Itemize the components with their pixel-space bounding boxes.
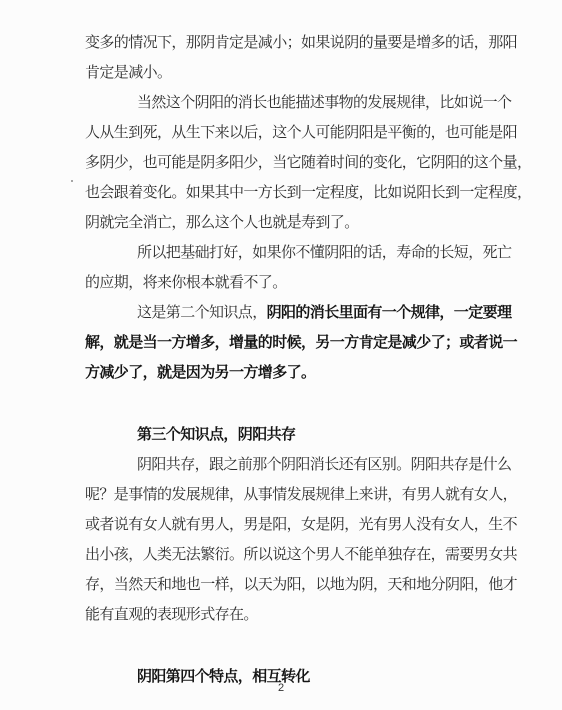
text-segment: 的应期，将来你根本就看不了。: [85, 274, 287, 291]
text-segment: 人从生到死，从生下来以后，这个人可能阴阳是平衡的，也可能是阳: [85, 124, 517, 141]
scan-speck: [71, 180, 73, 182]
text-line: 当然这个阴阳的消长也能描述事物的发展规律，比如说一个: [85, 88, 525, 118]
text-line: 多阴少，也可能是阴多阳少，当它随着时间的变化，它阴阳的这个量，: [85, 148, 525, 178]
bold-text-segment: 方减少了，就是因为另一方增多了。: [85, 364, 315, 381]
document-text: 变多的情况下，那阴肯定是减小；如果说阴的量要是增多的话，那阳肯定是减小。当然这个…: [85, 28, 525, 692]
text-line: 呢？是事情的发展规律，从事情发展规律上来讲，有男人就有女人，: [85, 480, 525, 510]
text-line: 肯定是减小。: [85, 58, 525, 88]
page-number: 2: [0, 682, 562, 694]
text-segment: 阴阳共存，跟之前那个阴阳消长还有区别。阴阳共存是什么: [137, 456, 511, 473]
text-line: 也会跟着变化。如果其中一方长到一定程度，比如说阳长到一定程度，: [85, 178, 525, 208]
text-segment: 呢？是事情的发展规律，从事情发展规律上来讲，有男人就有女人，: [85, 486, 517, 503]
scan-speck: [297, 213, 299, 215]
bold-text-segment: 阴阳的消长里面有一个规律，一定要理: [267, 304, 512, 321]
text-segment: 变多的情况下，那阴肯定是减小；如果说阴的量要是增多的话，那阳: [85, 34, 517, 51]
text-line: 的应期，将来你根本就看不了。: [85, 268, 525, 298]
text-segment: 出小孩，人类无法繁衍。所以说这个男人不能单独存在，需要男女共: [85, 546, 517, 563]
text-segment: 所以把基础打好，如果你不懂阴阳的话，寿命的长短，死亡: [137, 244, 511, 261]
section-heading: 第三个知识点，阴阳共存: [85, 420, 525, 450]
text-segment: 这是第二个知识点，: [137, 304, 267, 321]
text-line: 阴阳共存，跟之前那个阴阳消长还有区别。阴阳共存是什么: [85, 450, 525, 480]
text-segment: 阴就完全消亡，那么这个人也就是寿到了。: [85, 214, 359, 231]
text-segment: 肯定是减小。: [85, 64, 171, 81]
text-line: 能有直观的表现形式存在。: [85, 600, 525, 630]
text-segment: 当然这个阴阳的消长也能描述事物的发展规律，比如说一个: [137, 94, 511, 111]
text-line: 人从生到死，从生下来以后，这个人可能阴阳是平衡的，也可能是阳: [85, 118, 525, 148]
text-segment: 或者说有女人就有男人，男是阳，女是阴，光有男人没有女人，生不: [85, 516, 517, 533]
document-page: 变多的情况下，那阴肯定是减小；如果说阴的量要是增多的话，那阳肯定是减小。当然这个…: [0, 0, 562, 710]
text-line: 解，就是当一方增多，增量的时候，另一方肯定是减少了；或者说一: [85, 328, 525, 358]
bold-text-segment: 解，就是当一方增多，增量的时候，另一方肯定是减少了；或者说一: [85, 334, 517, 351]
text-line: 这是第二个知识点，阴阳的消长里面有一个规律，一定要理: [85, 298, 525, 328]
bold-text-segment: 第三个知识点，阴阳共存: [137, 426, 295, 443]
text-segment: 多阴少，也可能是阴多阳少，当它随着时间的变化，它阴阳的这个量，: [85, 154, 531, 171]
text-segment: 也会跟着变化。如果其中一方长到一定程度，比如说阳长到一定程度，: [85, 184, 531, 201]
scan-speck: [308, 160, 310, 162]
text-line: 或者说有女人就有男人，男是阳，女是阴，光有男人没有女人，生不: [85, 510, 525, 540]
text-segment: 存，当然天和地也一样，以天为阳，以地为阴，天和地分阴阳，他才: [85, 576, 517, 593]
text-segment: 能有直观的表现形式存在。: [85, 606, 258, 623]
text-line: 阴就完全消亡，那么这个人也就是寿到了。: [85, 208, 525, 238]
text-line: 出小孩，人类无法繁衍。所以说这个男人不能单独存在，需要男女共: [85, 540, 525, 570]
text-line: 变多的情况下，那阴肯定是减小；如果说阴的量要是增多的话，那阳: [85, 28, 525, 58]
text-line: 所以把基础打好，如果你不懂阴阳的话，寿命的长短，死亡: [85, 238, 525, 268]
text-line: 存，当然天和地也一样，以天为阳，以地为阴，天和地分阴阳，他才: [85, 570, 525, 600]
text-line: 方减少了，就是因为另一方增多了。: [85, 358, 525, 388]
